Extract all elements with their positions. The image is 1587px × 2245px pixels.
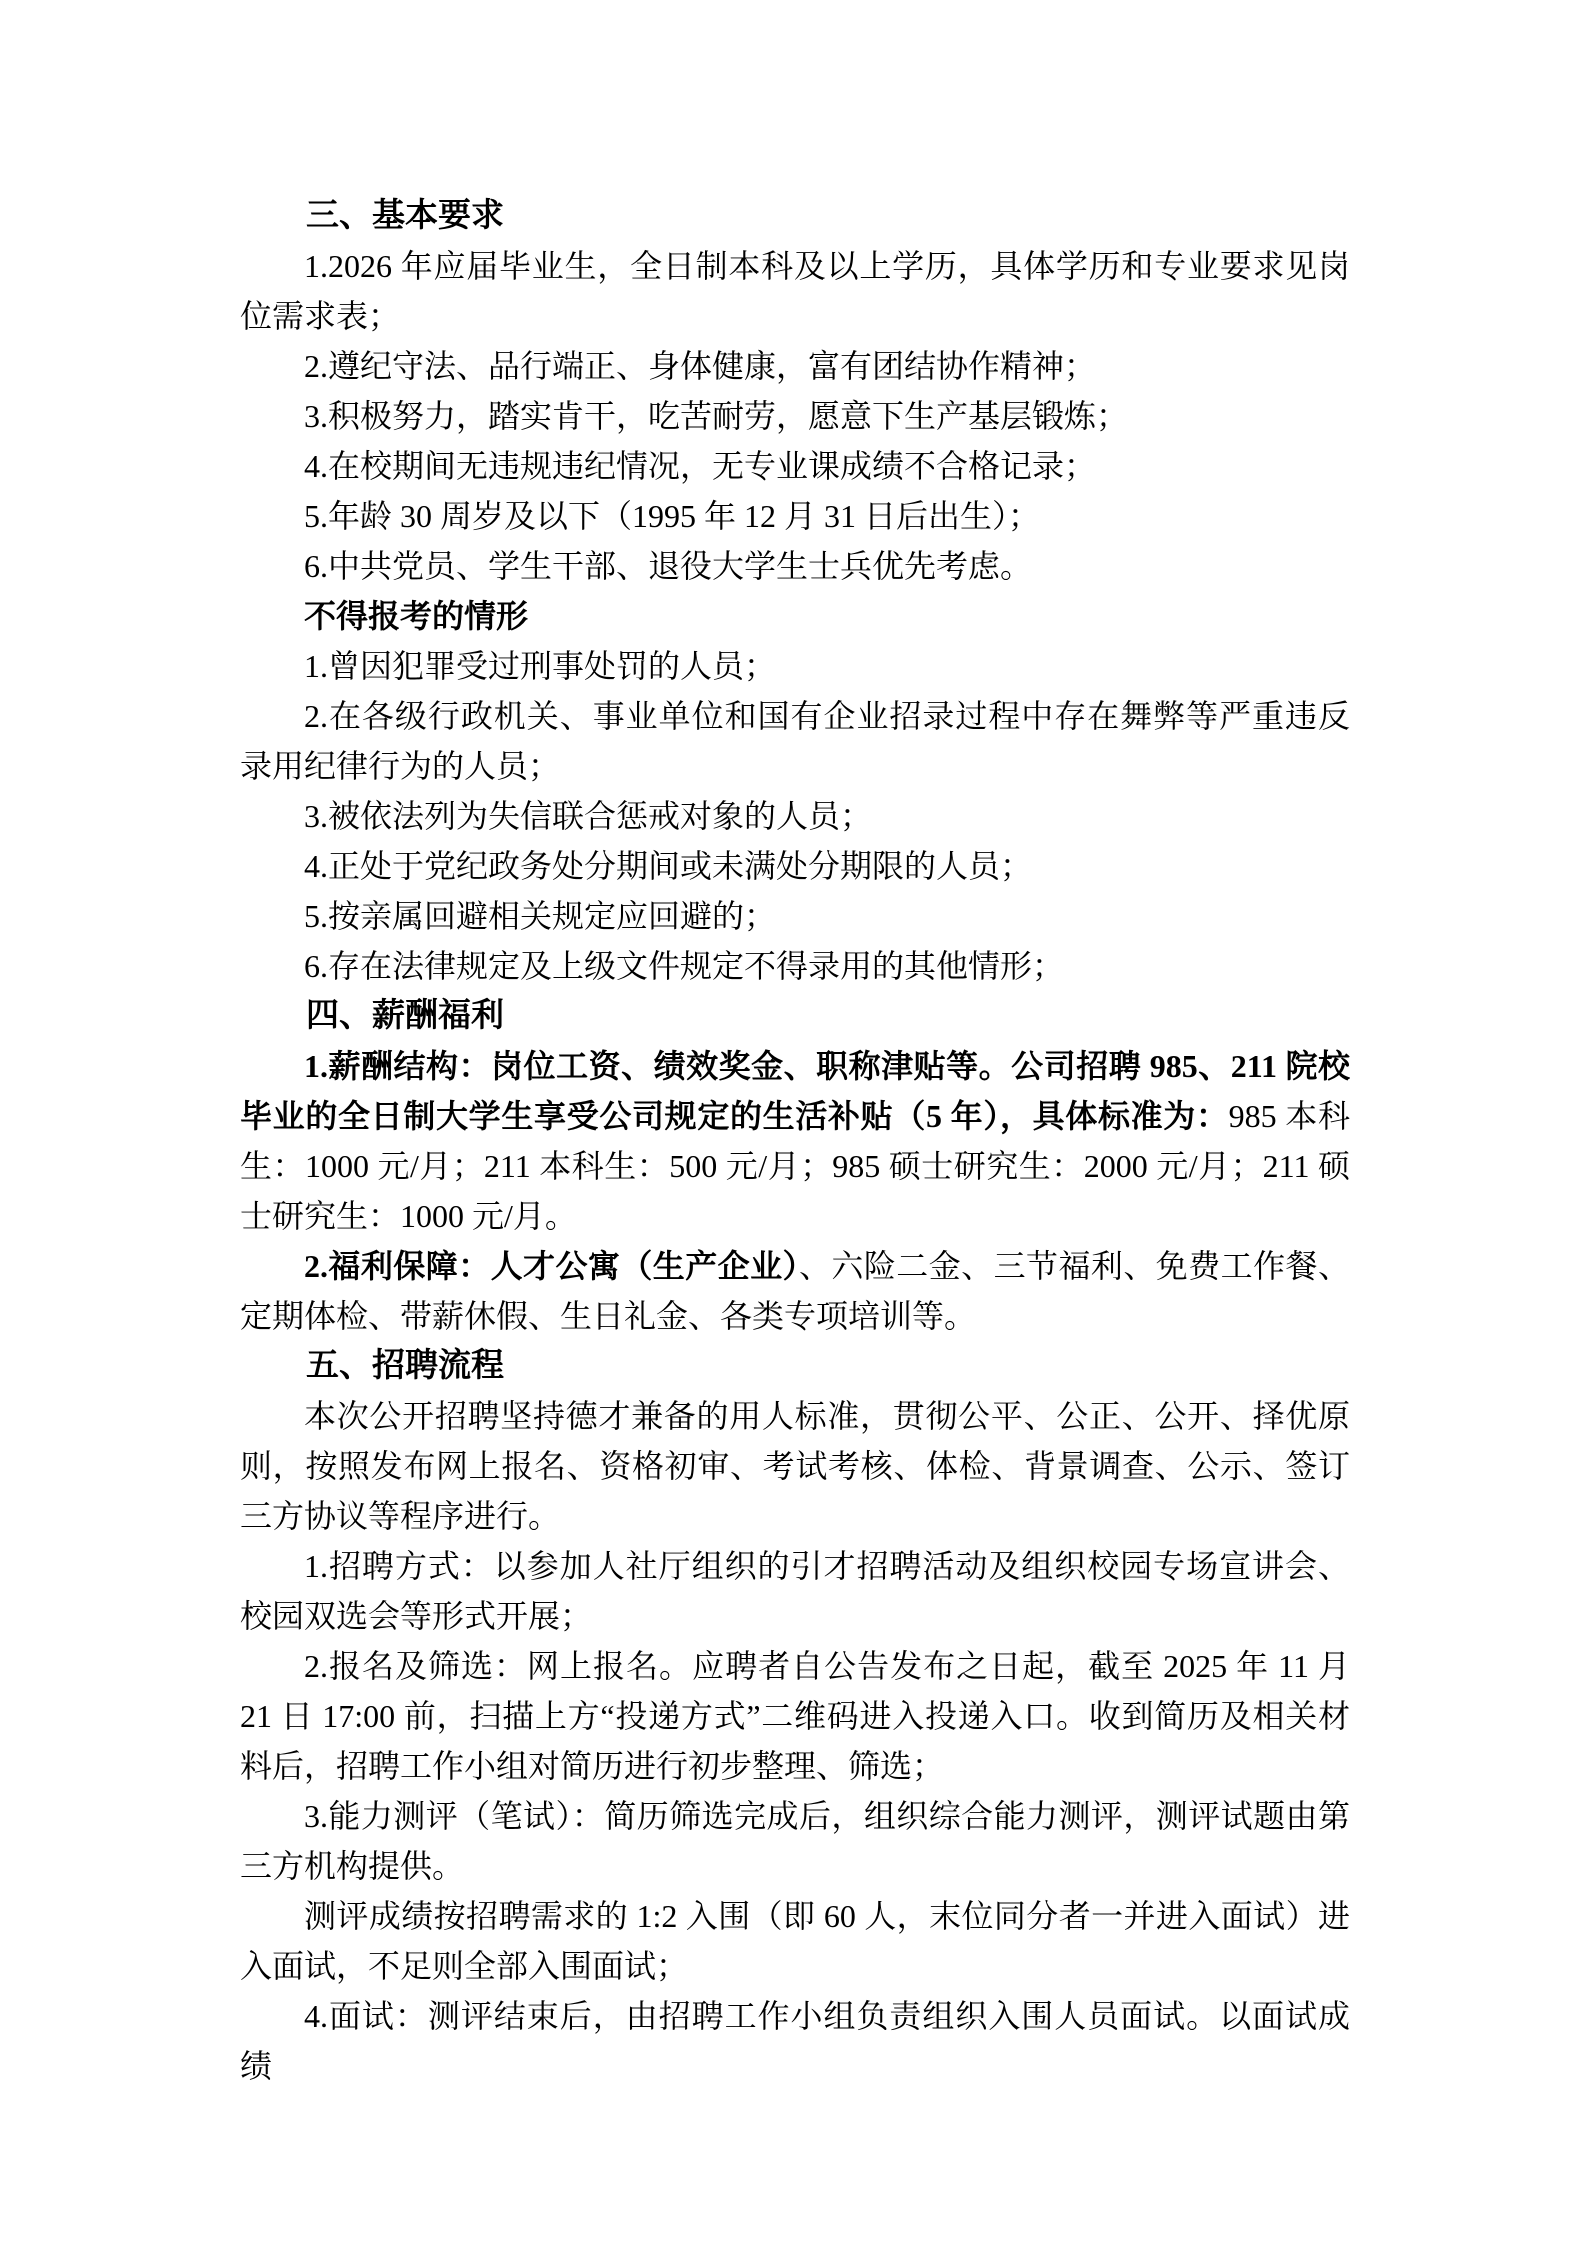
text-segment: 2.遵纪守法、品行端正、身体健康，富有团结协作精神； (304, 348, 1096, 384)
paragraph: 测评成绩按招聘需求的 1:2 入围（即 60 人，末位同分者一并进入面试）进入面… (240, 1891, 1350, 1991)
paragraph: 2.遵纪守法、品行端正、身体健康，富有团结协作精神； (240, 341, 1350, 391)
text-segment: 4.正处于党纪政务处分期间或未满处分期限的人员； (304, 848, 1032, 884)
text-segment: 2.在各级行政机关、事业单位和国有企业招录过程中存在舞弊等严重违反录用纪律行为的… (240, 698, 1350, 784)
text-segment: 3.被依法列为失信联合惩戒对象的人员； (304, 798, 872, 834)
text-segment: 3.积极努力，踏实肯干，吃苦耐劳，愿意下生产基层锻炼； (304, 398, 1128, 434)
text-segment: 1.招聘方式：以参加人社厅组织的引才招聘活动及组织校园专场宣讲会、校园双选会等形… (240, 1548, 1350, 1634)
text-segment: 4.面试：测评结束后，由招聘工作小组负责组织入围人员面试。以面试成绩 (240, 1998, 1350, 2084)
text-segment: 1.曾因犯罪受过刑事处罚的人员； (304, 648, 776, 684)
text-segment: 4.在校期间无违规违纪情况，无专业课成绩不合格记录； (304, 448, 1096, 484)
paragraph: 1.薪酬结构：岗位工资、绩效奖金、职称津贴等。公司招聘 985、211 院校毕业… (240, 1041, 1350, 1241)
document-page: 三、基本要求1.2026 年应届毕业生，全日制本科及以上学历，具体学历和专业要求… (0, 0, 1587, 2245)
text-segment: 本次公开招聘坚持德才兼备的用人标准，贯彻公平、公正、公开、择优原则，按照发布网上… (240, 1398, 1350, 1534)
paragraph: 4.面试：测评结束后，由招聘工作小组负责组织入围人员面试。以面试成绩 (240, 1991, 1350, 2091)
text-segment: 5.按亲属回避相关规定应回避的； (304, 898, 776, 934)
paragraph: 3.积极努力，踏实肯干，吃苦耐劳，愿意下生产基层锻炼； (240, 391, 1350, 441)
document-body: 三、基本要求1.2026 年应届毕业生，全日制本科及以上学历，具体学历和专业要求… (240, 191, 1350, 2091)
paragraph: 5.年龄 30 周岁及以下（1995 年 12 月 31 日后出生）； (240, 491, 1350, 541)
paragraph: 不得报考的情形 (240, 591, 1350, 641)
text-segment: 2.福利保障：人才公寓（生产企业） (304, 1248, 799, 1284)
paragraph: 2.福利保障：人才公寓（生产企业）、六险二金、三节福利、免费工作餐、定期体检、带… (240, 1241, 1350, 1341)
paragraph: 本次公开招聘坚持德才兼备的用人标准，贯彻公平、公正、公开、择优原则，按照发布网上… (240, 1391, 1350, 1541)
text-segment: 1.薪酬结构：岗位工资、绩效奖金、职称津贴等。公司招聘 985、211 院校毕业… (240, 1048, 1350, 1134)
paragraph: 2.报名及筛选：网上报名。应聘者自公告发布之日起，截至 2025 年 11 月 … (240, 1641, 1350, 1791)
paragraph: 1.招聘方式：以参加人社厅组织的引才招聘活动及组织校园专场宣讲会、校园双选会等形… (240, 1541, 1350, 1641)
paragraph: 3.能力测评（笔试）：简历筛选完成后，组织综合能力测评，测评试题由第三方机构提供… (240, 1791, 1350, 1891)
paragraph: 4.正处于党纪政务处分期间或未满处分期限的人员； (240, 841, 1350, 891)
text-segment: 测评成绩按招聘需求的 1:2 入围（即 60 人，末位同分者一并进入面试）进入面… (240, 1898, 1350, 1984)
section-heading: 五、招聘流程 (240, 1341, 1350, 1391)
section-heading: 三、基本要求 (240, 191, 1350, 241)
paragraph: 5.按亲属回避相关规定应回避的； (240, 891, 1350, 941)
paragraph: 1.曾因犯罪受过刑事处罚的人员； (240, 641, 1350, 691)
text-segment: 5.年龄 30 周岁及以下（1995 年 12 月 31 日后出生）； (304, 498, 1040, 534)
paragraph: 6.存在法律规定及上级文件规定不得录用的其他情形； (240, 941, 1350, 991)
paragraph: 3.被依法列为失信联合惩戒对象的人员； (240, 791, 1350, 841)
paragraph: 1.2026 年应届毕业生，全日制本科及以上学历，具体学历和专业要求见岗位需求表… (240, 241, 1350, 341)
text-segment: 1.2026 年应届毕业生，全日制本科及以上学历，具体学历和专业要求见岗位需求表… (240, 248, 1350, 334)
text-segment: 6.存在法律规定及上级文件规定不得录用的其他情形； (304, 948, 1064, 984)
paragraph: 2.在各级行政机关、事业单位和国有企业招录过程中存在舞弊等严重违反录用纪律行为的… (240, 691, 1350, 791)
text-segment: 2.报名及筛选：网上报名。应聘者自公告发布之日起，截至 2025 年 11 月 … (240, 1648, 1350, 1784)
section-heading: 四、薪酬福利 (240, 991, 1350, 1041)
paragraph: 4.在校期间无违规违纪情况，无专业课成绩不合格记录； (240, 441, 1350, 491)
paragraph: 6.中共党员、学生干部、退役大学生士兵优先考虑。 (240, 541, 1350, 591)
text-segment: 6.中共党员、学生干部、退役大学生士兵优先考虑。 (304, 548, 1032, 584)
text-segment: 不得报考的情形 (304, 598, 528, 634)
text-segment: 3.能力测评（笔试）：简历筛选完成后，组织综合能力测评，测评试题由第三方机构提供… (240, 1798, 1350, 1884)
